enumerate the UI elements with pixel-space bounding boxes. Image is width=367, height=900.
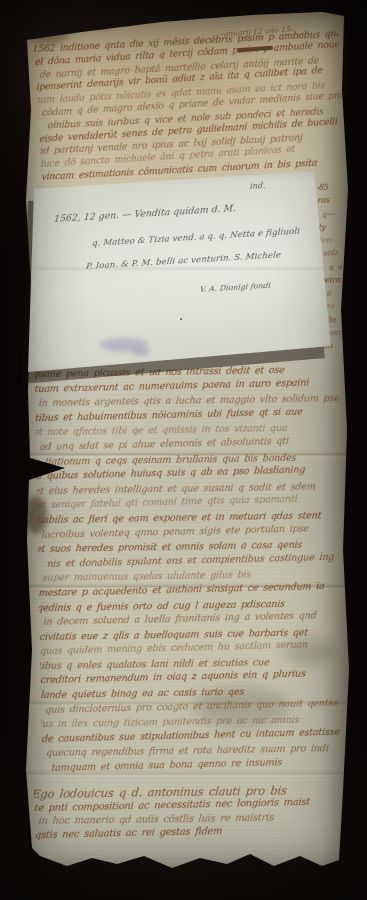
slip-signature: V. A. Dionigi fondi	[200, 281, 272, 294]
slip-note-line: q. Matteo & Tizia vend. a q. q. Netta e …	[92, 227, 301, 249]
paragraph-body: quane pena picassis et ua nos intrassi d…	[34, 362, 347, 780]
notary-subscription: Ego lodouicus q d. antoninus clauti pro …	[34, 782, 339, 846]
slip-corner-note: ind.	[250, 181, 267, 191]
stain	[26, 16, 70, 44]
handwritten-fragment: q a	[329, 261, 361, 271]
handwritten-fragment: petra	[320, 274, 361, 285]
handwritten-fragment: solz	[323, 247, 360, 257]
slip-crease	[28, 266, 334, 271]
handwritten-fragment: –85	[317, 182, 358, 192]
purple-stamp-smudge	[132, 348, 150, 356]
handwritten-fragment: hony	[326, 327, 363, 337]
handwritten-fragment: den-	[317, 234, 359, 244]
handwritten-fragment: ras	[317, 194, 358, 205]
handwritten-fragment: ty	[318, 221, 359, 232]
parchment-document: –anuarij 12 año 15– 1562 inditione qnta …	[22, 10, 352, 875]
ink-dot	[180, 318, 182, 320]
archival-slip: ind. 1562, 12 gen. — Vendita quidam d. M…	[28, 170, 334, 375]
manuscript-photograph: –anuarij 12 año 15– 1562 inditione qnta …	[0, 0, 367, 900]
slip-note-line: 1562, 12 gen. — Vendita quidam d. M.	[53, 203, 236, 225]
stain	[92, 18, 112, 29]
paragraph-top: 1562 inditione qnta die xij mēsis decēbr…	[34, 27, 346, 192]
handwritten-fragment: q—	[322, 208, 359, 218]
